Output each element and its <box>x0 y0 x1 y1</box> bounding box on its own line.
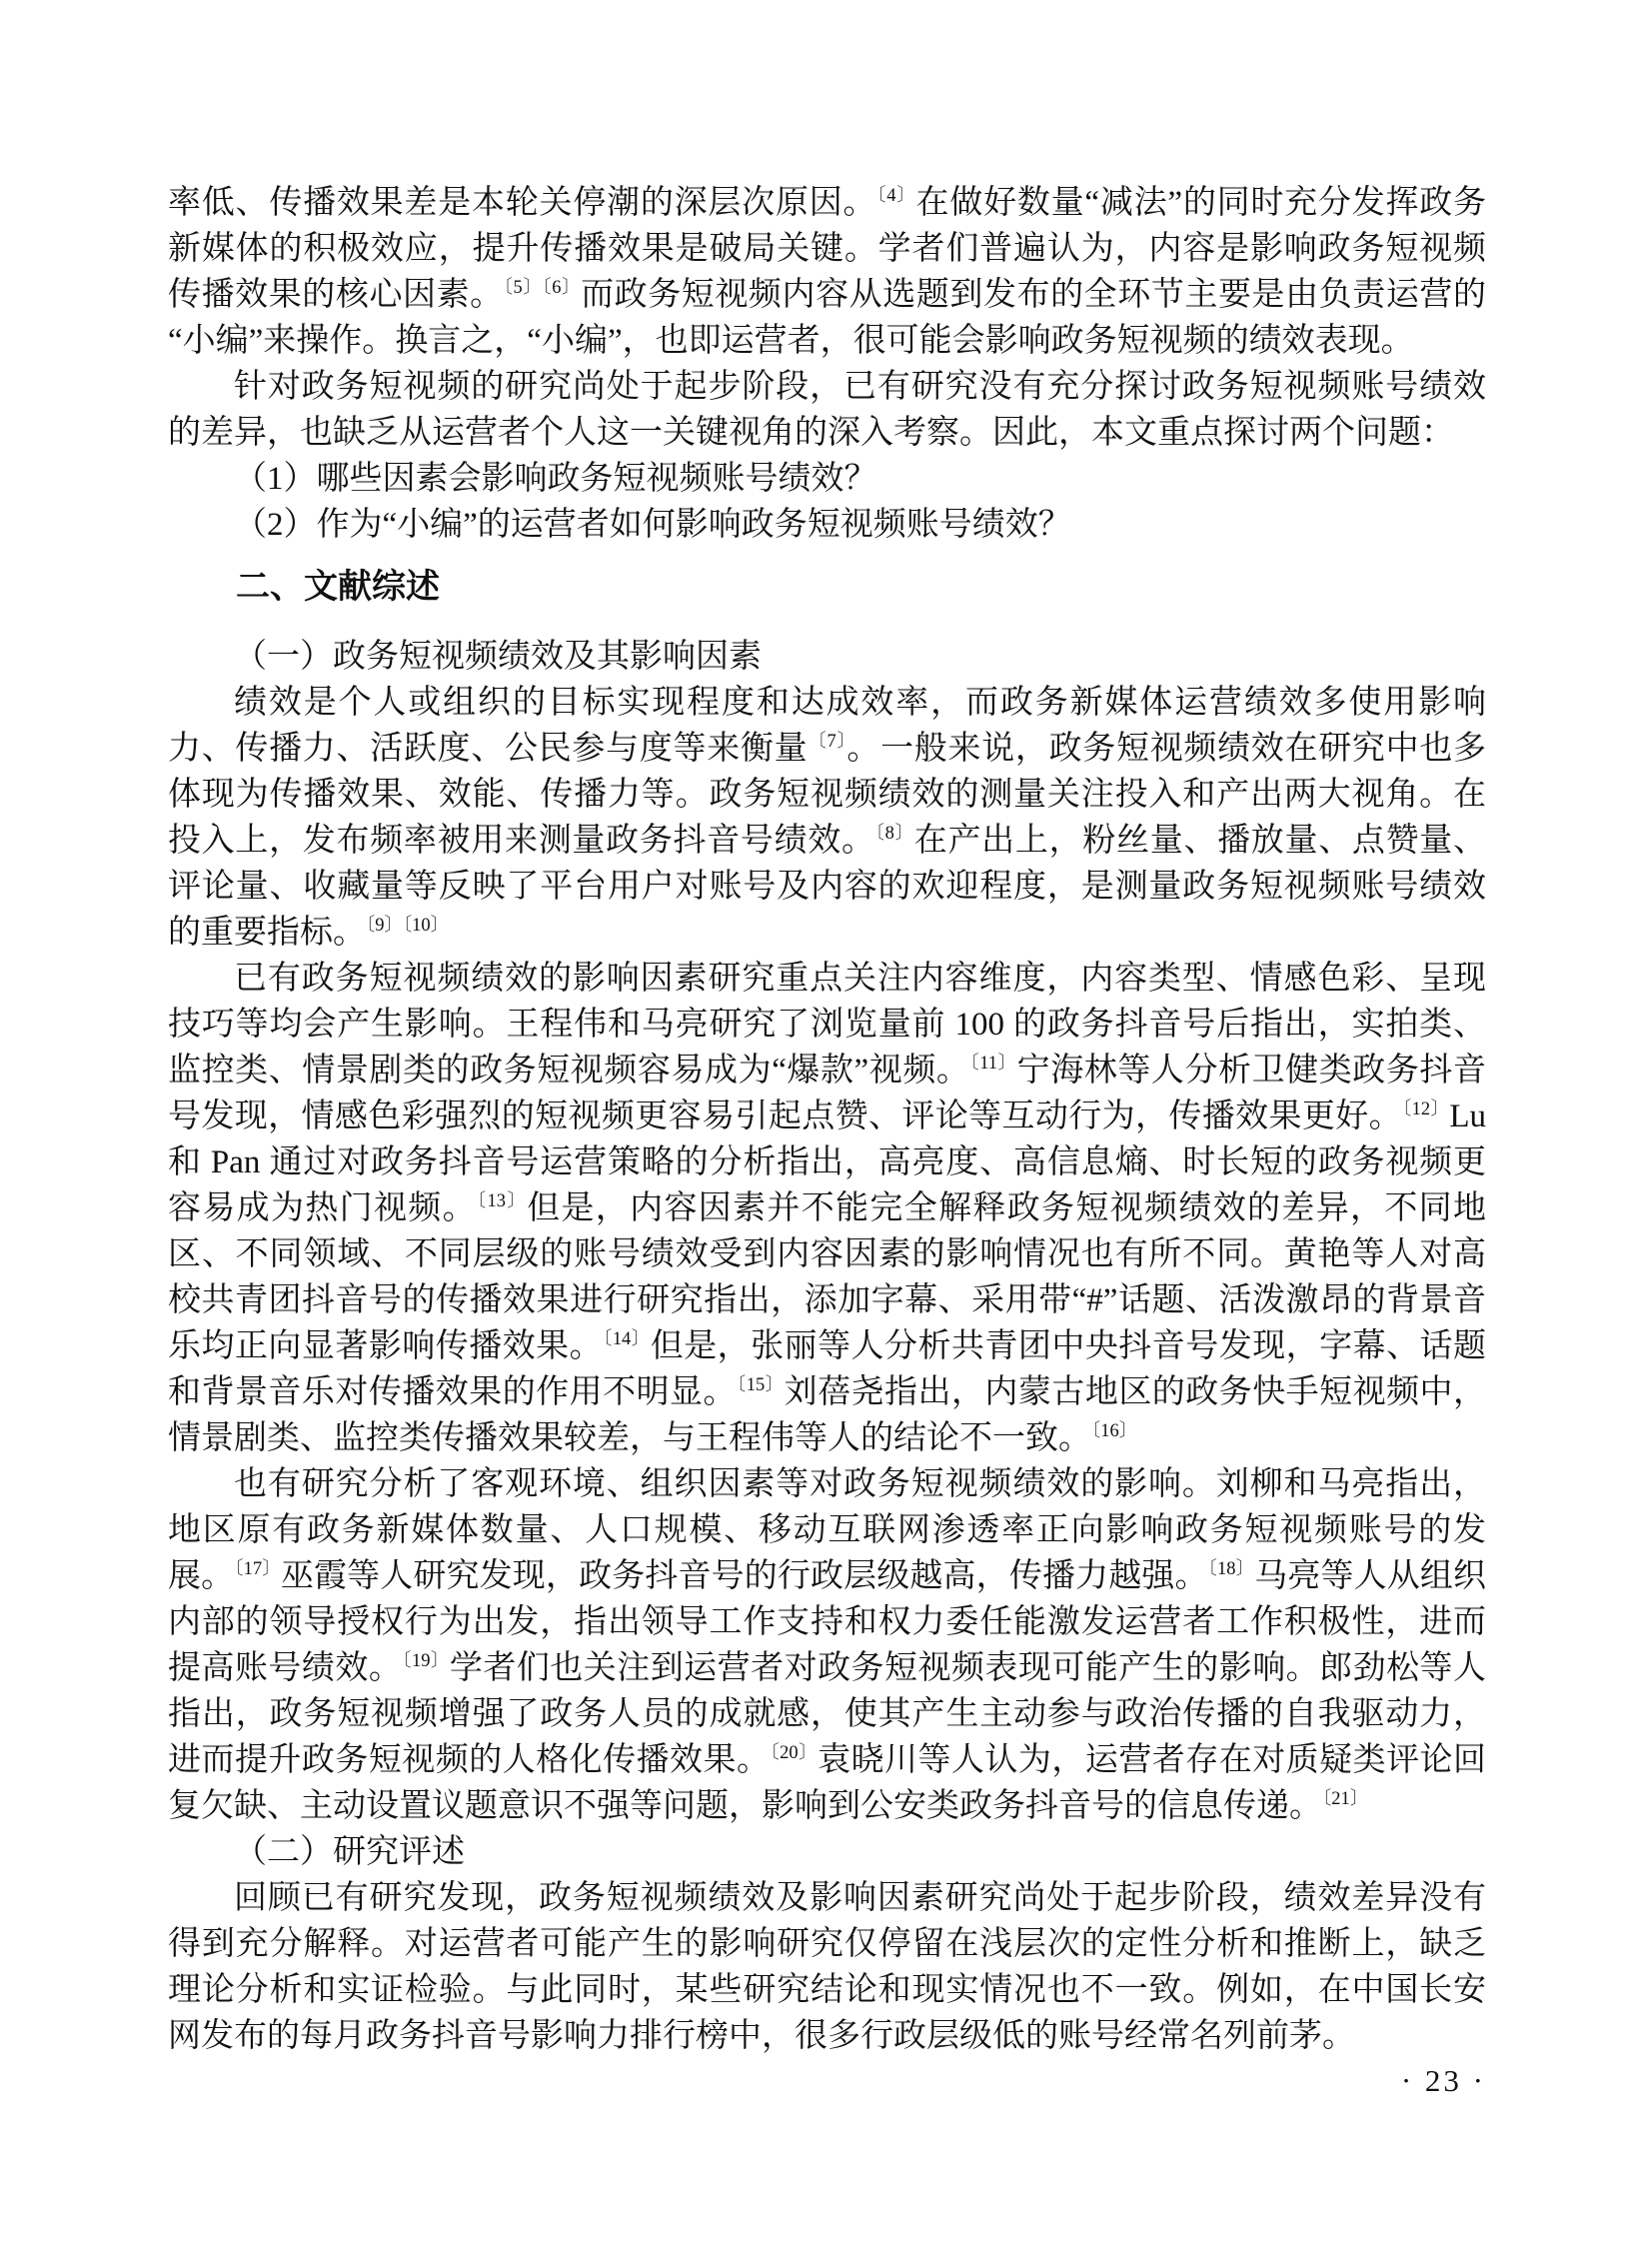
subsection-heading-performance-factors: （一）政务短视频绩效及其影响因素 <box>168 634 1486 680</box>
reference-marker: 〔15〕 <box>737 1374 785 1394</box>
paragraph-environment-organization-factors: 也有研究分析了客观环境、组织因素等对政务短视频绩效的影响。刘柳和马亮指出，地区原… <box>168 1461 1486 1829</box>
document-page: 率低、传播效果差是本轮关停潮的深层次原因。〔4〕在做好数量“减法”的同时充分发挥… <box>0 0 1652 2243</box>
reference-marker: 〔20〕 <box>770 1742 818 1762</box>
paragraph-research-review: 回顾已有研究发现，政务短视频绩效及影响因素研究尚处于起步阶段，绩效差异没有得到充… <box>168 1875 1486 2059</box>
article-body: 率低、传播效果差是本轮关停潮的深层次原因。〔4〕在做好数量“减法”的同时充分发挥… <box>168 180 1486 2059</box>
subsection-heading-research-review: （二）研究评述 <box>168 1829 1486 1875</box>
reference-marker: 〔19〕 <box>402 1650 450 1670</box>
page-number: · 23 · <box>168 2061 1486 2101</box>
paragraph-performance-measurement: 绩效是个人或组织的目标实现程度和达成效率，而政务新媒体运营绩效多使用影响力、传播… <box>168 680 1486 956</box>
reference-marker: 〔17〕 <box>234 1558 281 1578</box>
reference-marker: 〔11〕 <box>969 1053 1016 1073</box>
research-question-2: （2）作为“小编”的运营者如何影响政务短视频账号绩效？ <box>168 502 1486 548</box>
reference-marker: 〔7〕 <box>808 731 846 751</box>
reference-marker: 〔16〕 <box>1091 1420 1137 1440</box>
paragraph-intro-continuation: 率低、传播效果差是本轮关停潮的深层次原因。〔4〕在做好数量“减法”的同时充分发挥… <box>168 180 1486 364</box>
reference-marker: 〔5〕〔6〕 <box>504 277 581 297</box>
reference-marker: 〔13〕 <box>477 1190 527 1210</box>
reference-marker: 〔12〕 <box>1402 1099 1449 1119</box>
paragraph-content-factors: 已有政务短视频绩效的影响因素研究重点关注内容维度，内容类型、情感色彩、呈现技巧等… <box>168 956 1486 1461</box>
paragraph-research-gap: 针对政务短视频的研究尚处于起步阶段，已有研究没有充分探讨政务短视频账号绩效的差异… <box>168 364 1486 456</box>
reference-marker: 〔14〕 <box>603 1328 651 1348</box>
section-heading-literature-review: 二、文献综述 <box>168 564 1486 610</box>
reference-marker: 〔8〕 <box>875 823 914 843</box>
reference-marker: 〔9〕〔10〕 <box>366 915 449 935</box>
reference-marker: 〔18〕 <box>1208 1558 1255 1578</box>
reference-marker: 〔4〕 <box>876 185 915 205</box>
research-question-1: （1）哪些因素会影响政务短视频账号绩效？ <box>168 456 1486 502</box>
reference-marker: 〔21〕 <box>1322 1788 1368 1808</box>
